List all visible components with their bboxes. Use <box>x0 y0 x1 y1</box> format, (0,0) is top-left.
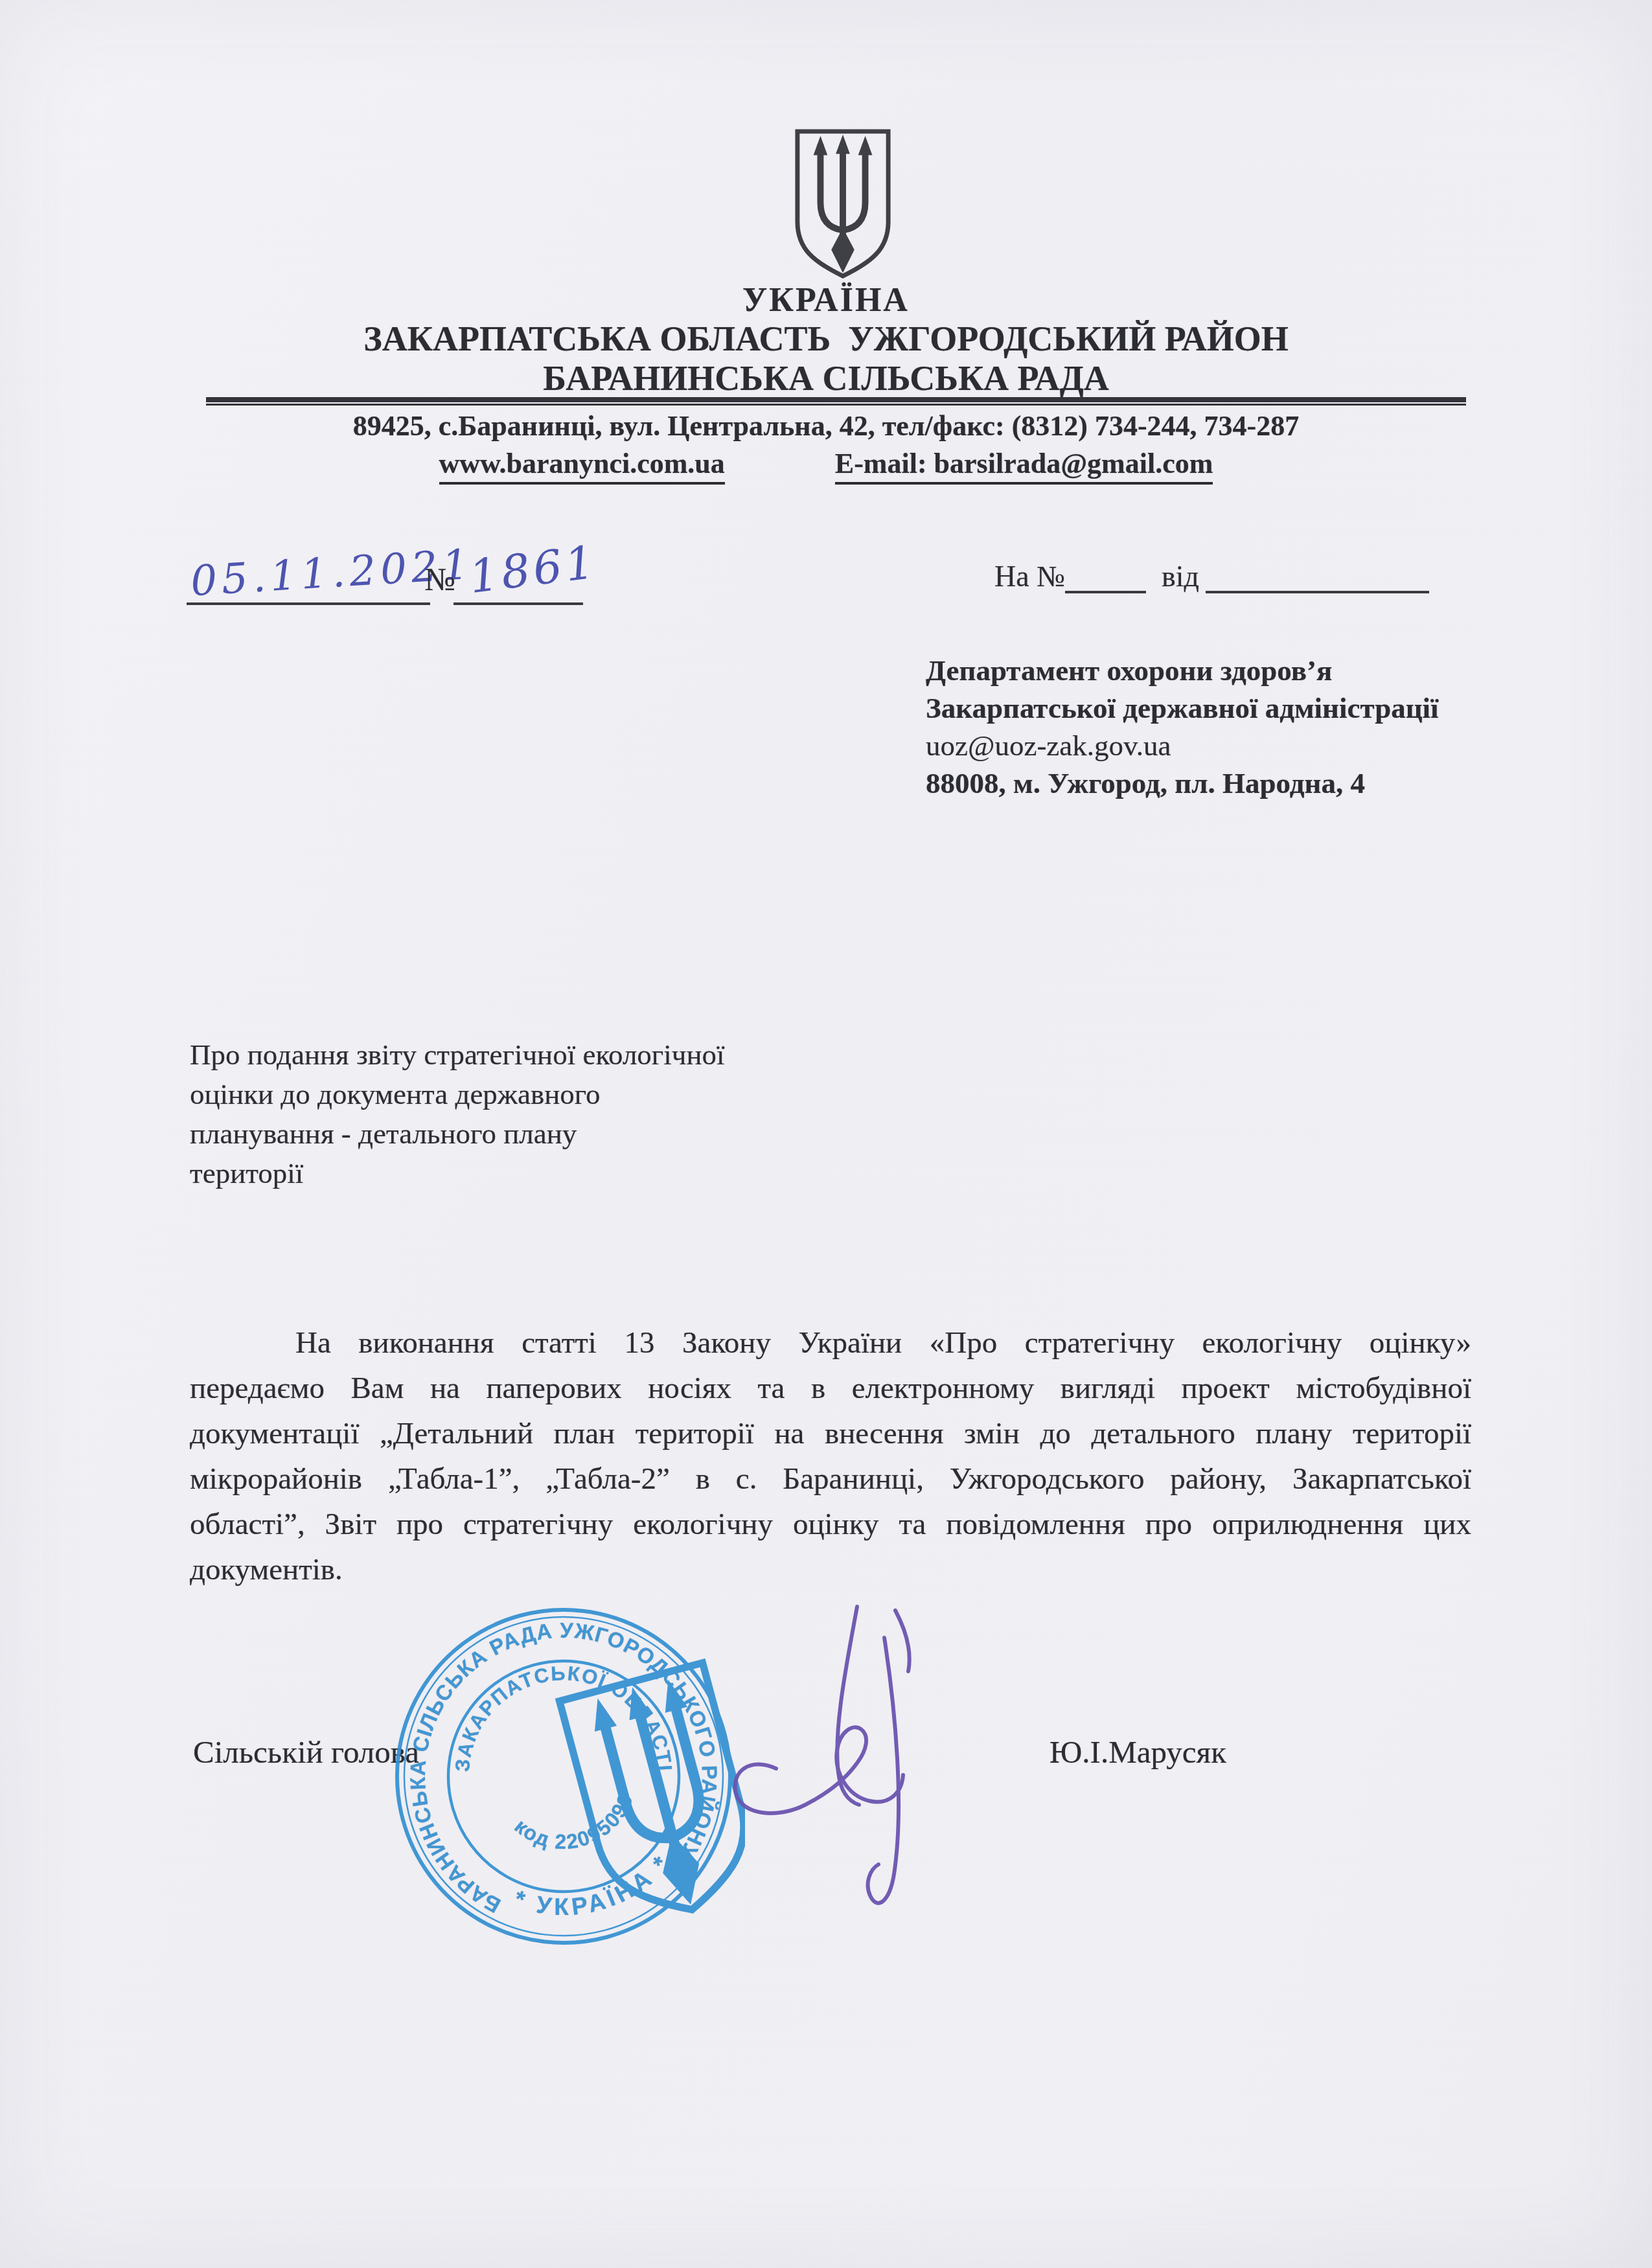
council-name: БАРАНИНСЬКА СІЛЬСЬКА РАДА <box>0 358 1652 398</box>
subject-block: Про подання звіту стратегічної екологічн… <box>190 1035 725 1193</box>
outgoing-number-handwritten: 1861 <box>466 535 601 604</box>
subject-line: оцінки до документа державного <box>190 1075 725 1114</box>
incoming-number-blank <box>1065 557 1146 593</box>
recipient-line: Закарпатської державної адміністрації <box>926 689 1439 727</box>
region-line: ЗАКАРПАТСЬКА ОБЛАСТЬ УЖГОРОДСЬКИЙ РАЙОН <box>0 319 1652 359</box>
outgoing-number-sign: № <box>424 560 455 598</box>
official-stamp-icon: БАРАНИНСЬКА СІЛЬСЬКА РАДА УЖГОРОДСЬКОГО … <box>382 1595 745 1958</box>
recipient-line: Департамент охорони здоров’я <box>926 652 1439 689</box>
number-underline <box>453 602 583 605</box>
recipient-address: 88008, м. Ужгород, пл. Народна, 4 <box>926 764 1439 802</box>
stamp-country-text: * УКРАЇНА * <box>505 1845 683 1938</box>
incoming-date-label: від <box>1162 560 1199 593</box>
country-name: УКРАЇНА <box>0 281 1652 319</box>
subject-line: Про подання звіту стратегічної екологічн… <box>190 1035 725 1075</box>
subject-line: планування - детального плану <box>190 1114 725 1154</box>
recipient-email: uoz@uoz-zak.gov.ua <box>926 727 1439 764</box>
subject-line: території <box>190 1154 725 1193</box>
address-line: 89425, с.Баранинці, вул. Центральна, 42,… <box>0 409 1652 442</box>
letterhead-rule <box>206 397 1466 406</box>
handwritten-signature-icon <box>700 1599 946 1929</box>
date-underline <box>187 602 430 605</box>
incoming-date-blank <box>1206 557 1429 593</box>
recipient-block: Департамент охорони здоров’я Закарпатськ… <box>926 652 1439 802</box>
incoming-reference-line: На №від <box>994 557 1429 593</box>
website-text: www.baranynci.com.ua <box>439 448 725 485</box>
national-emblem-icon <box>792 127 894 284</box>
signer-name: Ю.І.Марусяк <box>1050 1734 1226 1770</box>
scanned-letter-page: УКРАЇНА ЗАКАРПАТСЬКА ОБЛАСТЬ УЖГОРОДСЬКИ… <box>0 0 1652 2268</box>
contacts-line: www.baranynci.com.uaE-mail: barsilrada@g… <box>0 447 1652 480</box>
email-text: E-mail: barsilrada@gmail.com <box>835 448 1213 485</box>
body-paragraph: На виконання статті 13 Закону України «П… <box>190 1320 1471 1592</box>
incoming-number-label: На № <box>994 560 1065 593</box>
